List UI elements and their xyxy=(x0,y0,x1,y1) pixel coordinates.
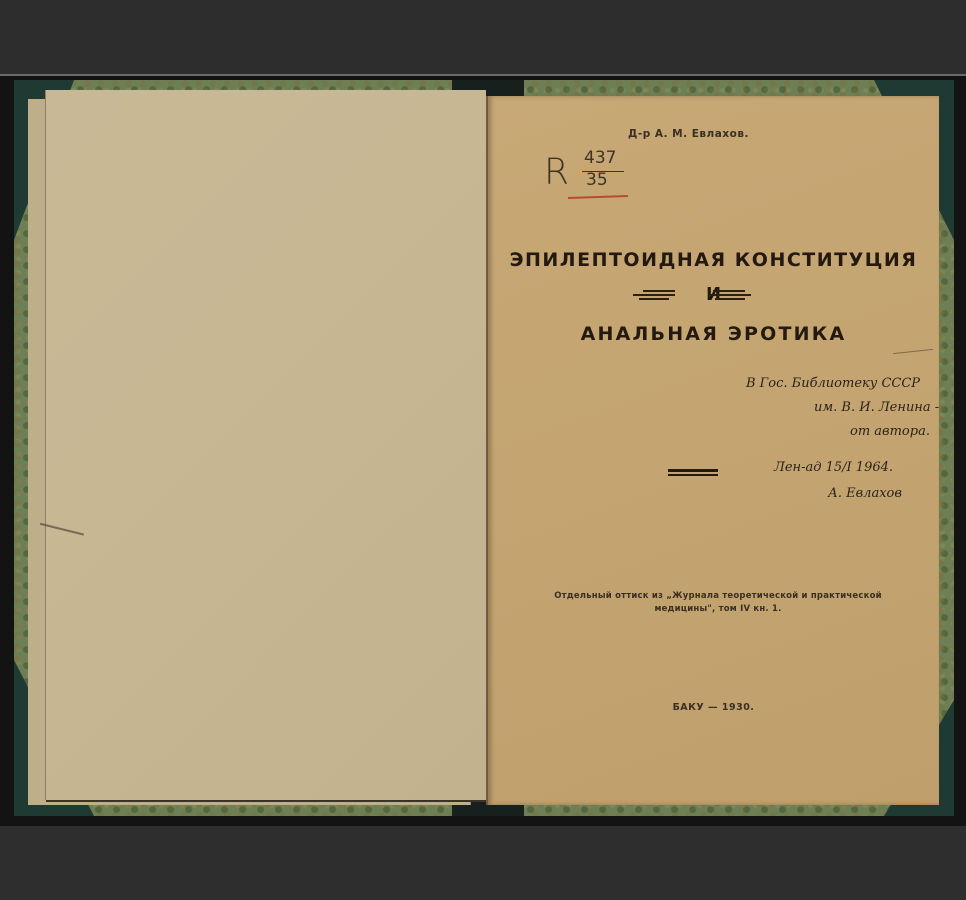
author-line: Д-р А. М. Евлахов. xyxy=(628,128,749,140)
shelfmark-numerator: 437 xyxy=(584,148,616,168)
shelfmark-denominator: 35 xyxy=(586,170,608,190)
dedication-line: от автора. xyxy=(850,424,930,439)
red-underline xyxy=(568,195,628,199)
dedication-line: В Гос. Библиотеку СССР xyxy=(746,376,920,391)
library-shelfmark: R 437 35 xyxy=(544,148,634,208)
title-line-2: АНАЛЬНАЯ ЭРОТИКА xyxy=(488,323,939,345)
pencil-mark xyxy=(893,349,933,354)
handwritten-dedication: В Гос. Библиотеку СССР им. В. И. Ленина … xyxy=(738,374,938,514)
viewer-bottom-bar xyxy=(0,826,966,900)
title-rule xyxy=(668,469,718,476)
offprint-line-1: Отдельный оттиск из „Журнала теоретическ… xyxy=(528,590,908,603)
dedication-signature: А. Евлахов xyxy=(828,486,902,501)
title-page: Д-р А. М. Евлахов. R 437 35 ЭПИЛЕПТОИДНА… xyxy=(488,96,939,805)
title-line-1: ЭПИЛЕПТОИДНАЯ КОНСТИТУЦИЯ xyxy=(488,249,939,271)
imprint-place-year: БАКУ — 1930. xyxy=(488,702,939,713)
offprint-note: Отдельный оттиск из „Журнала теоретическ… xyxy=(528,590,908,616)
dedication-date: Лен-ад 15/I 1964. xyxy=(774,460,893,475)
left-blank-page xyxy=(46,90,486,800)
shelfmark-letter: R xyxy=(544,152,569,193)
dedication-line: им. В. И. Ленина - xyxy=(814,400,939,415)
viewer-top-bar xyxy=(0,0,966,74)
title-ornament-right xyxy=(709,289,751,301)
offprint-line-2: медицины", том IV кн. 1. xyxy=(528,603,908,616)
